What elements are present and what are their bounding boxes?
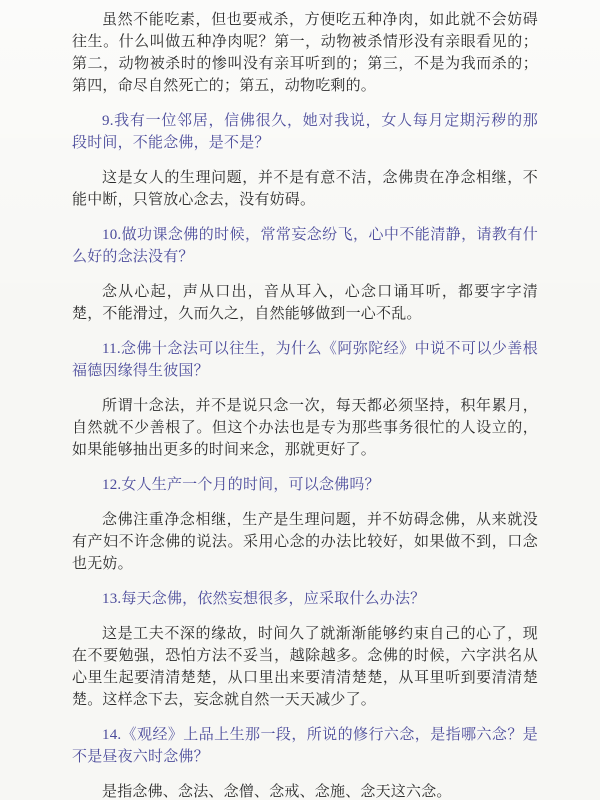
answer-paragraph-0: 虽然不能吃素，但也要戒杀，方便吃五种净肉，如此就不会妨碍往生。什么叫做五种净肉呢… bbox=[72, 9, 538, 97]
answer-paragraph-6: 所谓十念法，并不是说只念一次，每天都必须坚持，积年累月，自然就不少善根了。但这个… bbox=[72, 395, 538, 461]
question-paragraph-12: 12.女人生产一个月的时间，可以念佛吗？ bbox=[72, 474, 538, 496]
answer-paragraph-4: 念从心起，声从口出，音从耳入，心念口诵耳听，都要字字清楚，不能滑过，久而久之，自… bbox=[72, 281, 538, 325]
answer-paragraph-10: 这是工夫不深的缘故，时间久了就渐渐能够约束自己的心了，现在不要勉强，恐怕方法不妥… bbox=[72, 623, 538, 711]
question-paragraph-9: 9.我有一位邻居，信佛很久，她对我说，女人每月定期污秽的那段时间，不能念佛，是不… bbox=[72, 110, 538, 154]
question-paragraph-10: 10.做功课念佛的时候，常常妄念纷飞，心中不能清静，请教有什么好的念法没有？ bbox=[72, 224, 538, 268]
document-content: 虽然不能吃素，但也要戒杀，方便吃五种净肉，如此就不会妨碍往生。什么叫做五种净肉呢… bbox=[72, 9, 538, 800]
question-paragraph-13: 13.每天念佛，依然妄想很多，应采取什么办法？ bbox=[72, 588, 538, 610]
answer-paragraph-12: 是指念佛、念法、念僧、念戒、念施、念天这六念。 bbox=[72, 781, 538, 800]
answer-paragraph-2: 这是女人的生理问题，并不是有意不洁，念佛贵在净念相继，不能中断，只管放心念去，没… bbox=[72, 167, 538, 211]
question-paragraph-11: 11.念佛十念法可以往生，为什么《阿弥陀经》中说不可以少善根福德因缘得生彼国？ bbox=[72, 338, 538, 382]
answer-paragraph-8: 念佛注重净念相继，生产是生理问题，并不妨碍念佛，从来就没有产妇不许念佛的说法。采… bbox=[72, 509, 538, 575]
document-page: 虽然不能吃素，但也要戒杀，方便吃五种净肉，如此就不会妨碍往生。什么叫做五种净肉呢… bbox=[0, 0, 600, 800]
question-paragraph-14: 14.《观经》上品上生那一段，所说的修行六念，是指哪六念？是不是昼夜六时念佛？ bbox=[72, 724, 538, 768]
